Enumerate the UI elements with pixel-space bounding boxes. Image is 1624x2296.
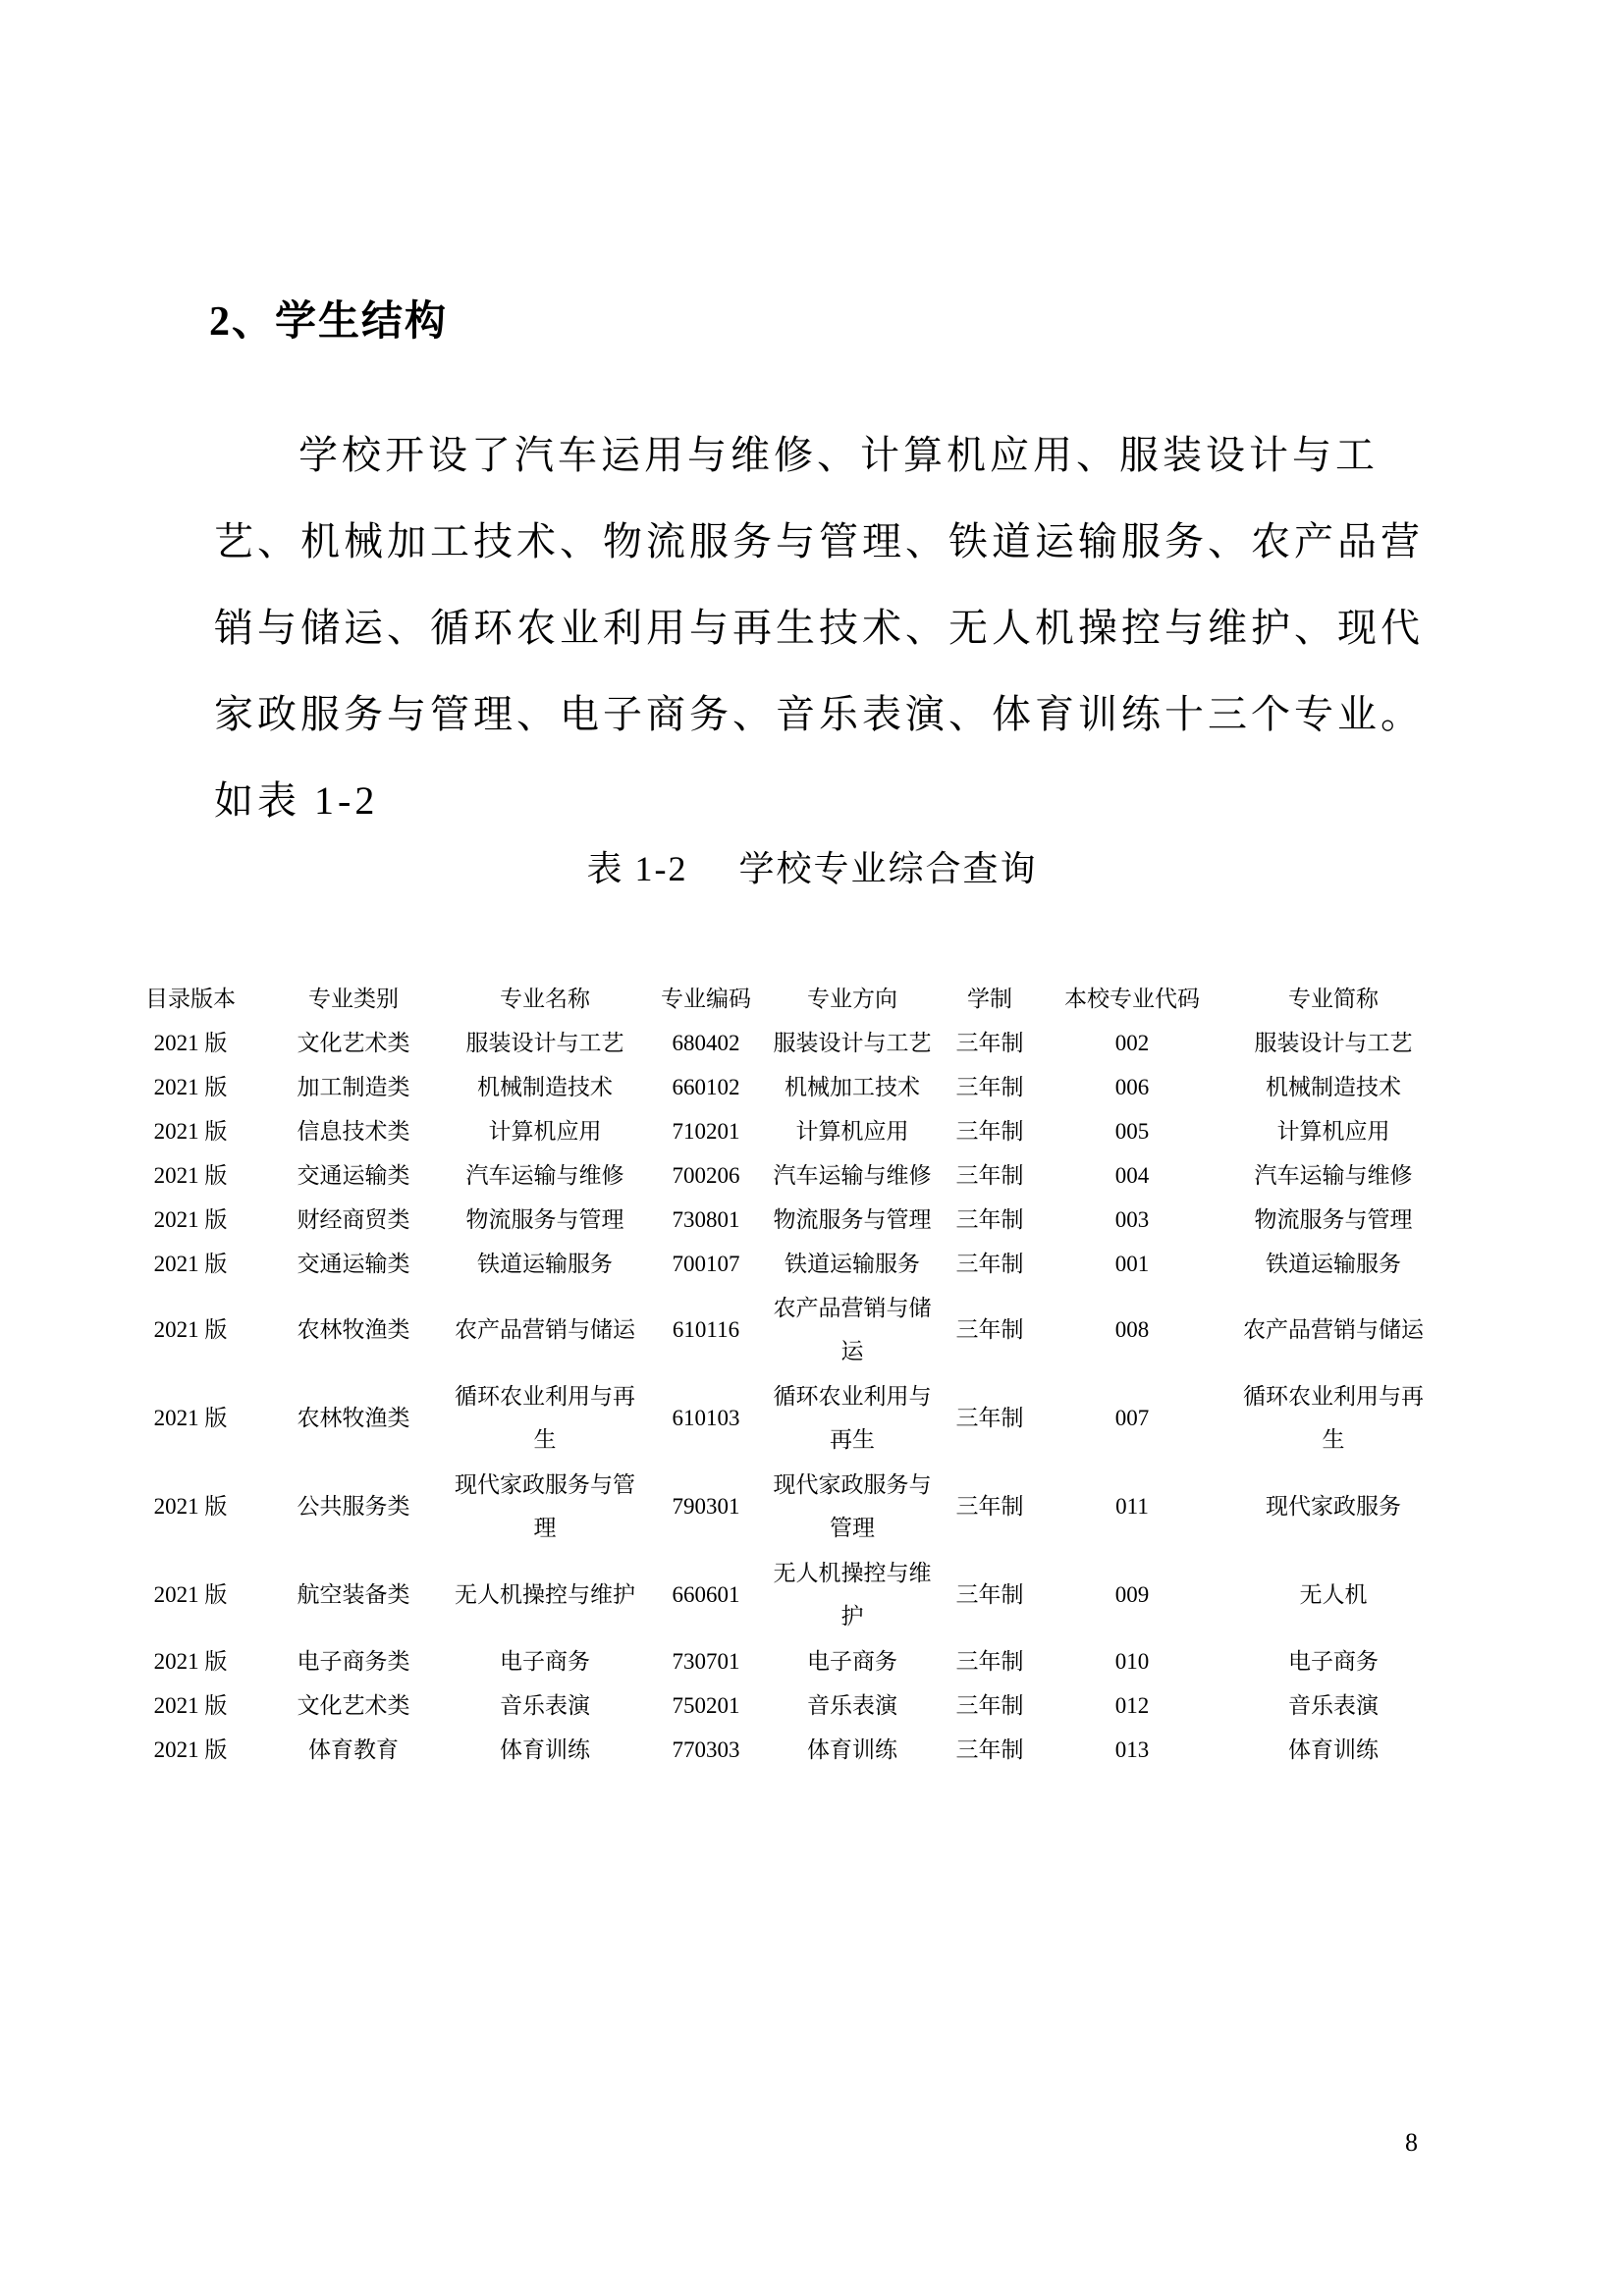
cell: 003 xyxy=(1039,1198,1225,1242)
cell: 体育训练 xyxy=(442,1728,648,1772)
cell-text: 循环农业利用与再生 xyxy=(1240,1375,1427,1462)
header-school-code: 本校专业代码 xyxy=(1039,977,1225,1021)
cell: 交通运输类 xyxy=(265,1153,442,1198)
cell: 服装设计与工艺 xyxy=(442,1021,648,1065)
table-row: 2021 版 农林牧渔类 农产品营销与储运 610116 农产品营销与储运 三年… xyxy=(116,1286,1441,1374)
cell: 物流服务与管理 xyxy=(764,1198,941,1242)
cell: 电子商务 xyxy=(1225,1639,1441,1683)
table-row: 2021 版 体育教育 体育训练 770303 体育训练 三年制 013 体育训… xyxy=(116,1728,1441,1772)
cell: 680402 xyxy=(648,1021,764,1065)
cell: 无人机操控与维护 xyxy=(442,1551,648,1639)
table-caption-number: 表 1-2 xyxy=(586,849,687,888)
cell: 航空装备类 xyxy=(265,1551,442,1639)
cell: 机械加工技术 xyxy=(764,1065,941,1109)
cell: 音乐表演 xyxy=(764,1683,941,1728)
cell: 铁道运输服务 xyxy=(442,1242,648,1286)
cell: 008 xyxy=(1039,1286,1225,1374)
cell: 循环农业利用与再生 xyxy=(764,1374,941,1463)
table-row: 2021 版 交通运输类 铁道运输服务 700107 铁道运输服务 三年制 00… xyxy=(116,1242,1441,1286)
header-catalog-version: 目录版本 xyxy=(116,977,265,1021)
cell: 电子商务类 xyxy=(265,1639,442,1683)
cell: 电子商务 xyxy=(442,1639,648,1683)
cell: 2021 版 xyxy=(116,1728,265,1772)
cell: 三年制 xyxy=(941,1374,1039,1463)
cell: 2021 版 xyxy=(116,1242,265,1286)
body-paragraph: 学校开设了汽车运用与维修、计算机应用、服装设计与工 艺、机械加工技术、物流服务与… xyxy=(214,412,1432,844)
cell: 2021 版 xyxy=(116,1198,265,1242)
cell: 农产品营销与储运 xyxy=(764,1286,941,1374)
paragraph-line: 销与储运、循环农业利用与再生技术、无人机操控与维护、现代 xyxy=(214,585,1432,671)
cell: 790301 xyxy=(648,1463,764,1551)
header-major-code: 专业编码 xyxy=(648,977,764,1021)
cell: 700206 xyxy=(648,1153,764,1198)
cell: 三年制 xyxy=(941,1021,1039,1065)
majors-table: 目录版本 专业类别 专业名称 专业编码 专业方向 学制 本校专业代码 专业简称 … xyxy=(116,977,1441,1772)
cell: 交通运输类 xyxy=(265,1242,442,1286)
cell: 公共服务类 xyxy=(265,1463,442,1551)
cell: 2021 版 xyxy=(116,1153,265,1198)
cell: 农产品营销与储运 xyxy=(442,1286,648,1374)
cell: 三年制 xyxy=(941,1242,1039,1286)
cell: 三年制 xyxy=(941,1065,1039,1109)
cell: 汽车运输与维修 xyxy=(1225,1153,1441,1198)
cell: 音乐表演 xyxy=(442,1683,648,1728)
cell: 002 xyxy=(1039,1021,1225,1065)
cell-text: 循环农业利用与再生 xyxy=(769,1375,936,1462)
cell: 005 xyxy=(1039,1109,1225,1153)
cell: 700107 xyxy=(648,1242,764,1286)
cell: 物流服务与管理 xyxy=(442,1198,648,1242)
table-row: 2021 版 财经商贸类 物流服务与管理 730801 物流服务与管理 三年制 … xyxy=(116,1198,1441,1242)
document-page: 2、学生结构 学校开设了汽车运用与维修、计算机应用、服装设计与工 艺、机械加工技… xyxy=(0,0,1624,2296)
table-row: 2021 版 交通运输类 汽车运输与维修 700206 汽车运输与维修 三年制 … xyxy=(116,1153,1441,1198)
cell: 2021 版 xyxy=(116,1021,265,1065)
cell: 现代家政服务 xyxy=(1225,1463,1441,1551)
table-row: 2021 版 公共服务类 现代家政服务与管理 790301 现代家政服务与管理 … xyxy=(116,1463,1441,1551)
paragraph-line: 学校开设了汽车运用与维修、计算机应用、服装设计与工 xyxy=(214,412,1432,499)
cell: 007 xyxy=(1039,1374,1225,1463)
cell: 660102 xyxy=(648,1065,764,1109)
cell: 660601 xyxy=(648,1551,764,1639)
table-row: 2021 版 加工制造类 机械制造技术 660102 机械加工技术 三年制 00… xyxy=(116,1065,1441,1109)
cell: 009 xyxy=(1039,1551,1225,1639)
cell: 体育训练 xyxy=(764,1728,941,1772)
cell: 铁道运输服务 xyxy=(1225,1242,1441,1286)
cell: 三年制 xyxy=(941,1153,1039,1198)
paragraph-line: 艺、机械加工技术、物流服务与管理、铁道运输服务、农产品营 xyxy=(214,499,1432,585)
cell: 信息技术类 xyxy=(265,1109,442,1153)
cell: 无人机操控与维护 xyxy=(764,1551,941,1639)
cell: 770303 xyxy=(648,1728,764,1772)
cell: 汽车运输与维修 xyxy=(764,1153,941,1198)
cell: 010 xyxy=(1039,1639,1225,1683)
cell: 三年制 xyxy=(941,1109,1039,1153)
cell: 三年制 xyxy=(941,1198,1039,1242)
cell-text: 现代家政服务与管理 xyxy=(452,1464,638,1550)
cell: 730801 xyxy=(648,1198,764,1242)
cell: 610103 xyxy=(648,1374,764,1463)
section-heading: 2、学生结构 xyxy=(209,293,448,351)
cell: 循环农业利用与再生 xyxy=(442,1374,648,1463)
page-number: 8 xyxy=(1405,2128,1418,2158)
cell: 001 xyxy=(1039,1242,1225,1286)
header-major-name: 专业名称 xyxy=(442,977,648,1021)
cell: 铁道运输服务 xyxy=(764,1242,941,1286)
cell: 体育训练 xyxy=(1225,1728,1441,1772)
cell: 计算机应用 xyxy=(764,1109,941,1153)
table-row: 2021 版 信息技术类 计算机应用 710201 计算机应用 三年制 005 … xyxy=(116,1109,1441,1153)
cell: 004 xyxy=(1039,1153,1225,1198)
cell: 现代家政服务与管理 xyxy=(764,1463,941,1551)
cell: 机械制造技术 xyxy=(1225,1065,1441,1109)
cell: 物流服务与管理 xyxy=(1225,1198,1441,1242)
cell: 006 xyxy=(1039,1065,1225,1109)
cell: 三年制 xyxy=(941,1728,1039,1772)
cell: 2021 版 xyxy=(116,1065,265,1109)
cell: 三年制 xyxy=(941,1639,1039,1683)
cell: 服装设计与工艺 xyxy=(764,1021,941,1065)
cell: 2021 版 xyxy=(116,1109,265,1153)
table-row: 2021 版 农林牧渔类 循环农业利用与再生 610103 循环农业利用与再生 … xyxy=(116,1374,1441,1463)
cell: 2021 版 xyxy=(116,1463,265,1551)
cell: 农产品营销与储运 xyxy=(1225,1286,1441,1374)
cell: 2021 版 xyxy=(116,1374,265,1463)
table-caption-title: 学校专业综合查询 xyxy=(738,849,1037,888)
cell: 2021 版 xyxy=(116,1683,265,1728)
cell: 012 xyxy=(1039,1683,1225,1728)
cell: 三年制 xyxy=(941,1551,1039,1639)
cell: 循环农业利用与再生 xyxy=(1225,1374,1441,1463)
header-duration: 学制 xyxy=(941,977,1039,1021)
cell: 文化艺术类 xyxy=(265,1021,442,1065)
cell-text: 现代家政服务与管理 xyxy=(769,1464,936,1550)
cell: 011 xyxy=(1039,1463,1225,1551)
cell: 610116 xyxy=(648,1286,764,1374)
cell: 2021 版 xyxy=(116,1639,265,1683)
cell: 三年制 xyxy=(941,1683,1039,1728)
table-row: 2021 版 文化艺术类 音乐表演 750201 音乐表演 三年制 012 音乐… xyxy=(116,1683,1441,1728)
cell: 三年制 xyxy=(941,1286,1039,1374)
cell: 013 xyxy=(1039,1728,1225,1772)
cell: 音乐表演 xyxy=(1225,1683,1441,1728)
table-row: 2021 版 电子商务类 电子商务 730701 电子商务 三年制 010 电子… xyxy=(116,1639,1441,1683)
table-caption: 表 1-2学校专业综合查询 xyxy=(0,844,1624,893)
table-header-row: 目录版本 专业类别 专业名称 专业编码 专业方向 学制 本校专业代码 专业简称 xyxy=(116,977,1441,1021)
cell: 2021 版 xyxy=(116,1551,265,1639)
cell: 机械制造技术 xyxy=(442,1065,648,1109)
cell: 服装设计与工艺 xyxy=(1225,1021,1441,1065)
cell: 计算机应用 xyxy=(442,1109,648,1153)
cell-text: 循环农业利用与再生 xyxy=(452,1375,638,1462)
cell: 农林牧渔类 xyxy=(265,1374,442,1463)
cell: 文化艺术类 xyxy=(265,1683,442,1728)
cell-text: 农产品营销与储运 xyxy=(769,1287,936,1373)
table-row: 2021 版 文化艺术类 服装设计与工艺 680402 服装设计与工艺 三年制 … xyxy=(116,1021,1441,1065)
paragraph-line: 如表 1-2 xyxy=(214,758,1432,844)
cell: 加工制造类 xyxy=(265,1065,442,1109)
cell: 电子商务 xyxy=(764,1639,941,1683)
cell: 体育教育 xyxy=(265,1728,442,1772)
cell: 2021 版 xyxy=(116,1286,265,1374)
table-row: 2021 版 航空装备类 无人机操控与维护 660601 无人机操控与维护 三年… xyxy=(116,1551,1441,1639)
cell: 730701 xyxy=(648,1639,764,1683)
cell: 750201 xyxy=(648,1683,764,1728)
cell: 无人机 xyxy=(1225,1551,1441,1639)
cell-text: 无人机操控与维护 xyxy=(769,1552,936,1638)
header-major-category: 专业类别 xyxy=(265,977,442,1021)
cell: 现代家政服务与管理 xyxy=(442,1463,648,1551)
cell: 财经商贸类 xyxy=(265,1198,442,1242)
cell: 汽车运输与维修 xyxy=(442,1153,648,1198)
cell: 三年制 xyxy=(941,1463,1039,1551)
paragraph-line: 家政服务与管理、电子商务、音乐表演、体育训练十三个专业。 xyxy=(214,671,1432,758)
cell: 计算机应用 xyxy=(1225,1109,1441,1153)
cell: 农林牧渔类 xyxy=(265,1286,442,1374)
header-major-direction: 专业方向 xyxy=(764,977,941,1021)
header-short-name: 专业简称 xyxy=(1225,977,1441,1021)
cell: 710201 xyxy=(648,1109,764,1153)
